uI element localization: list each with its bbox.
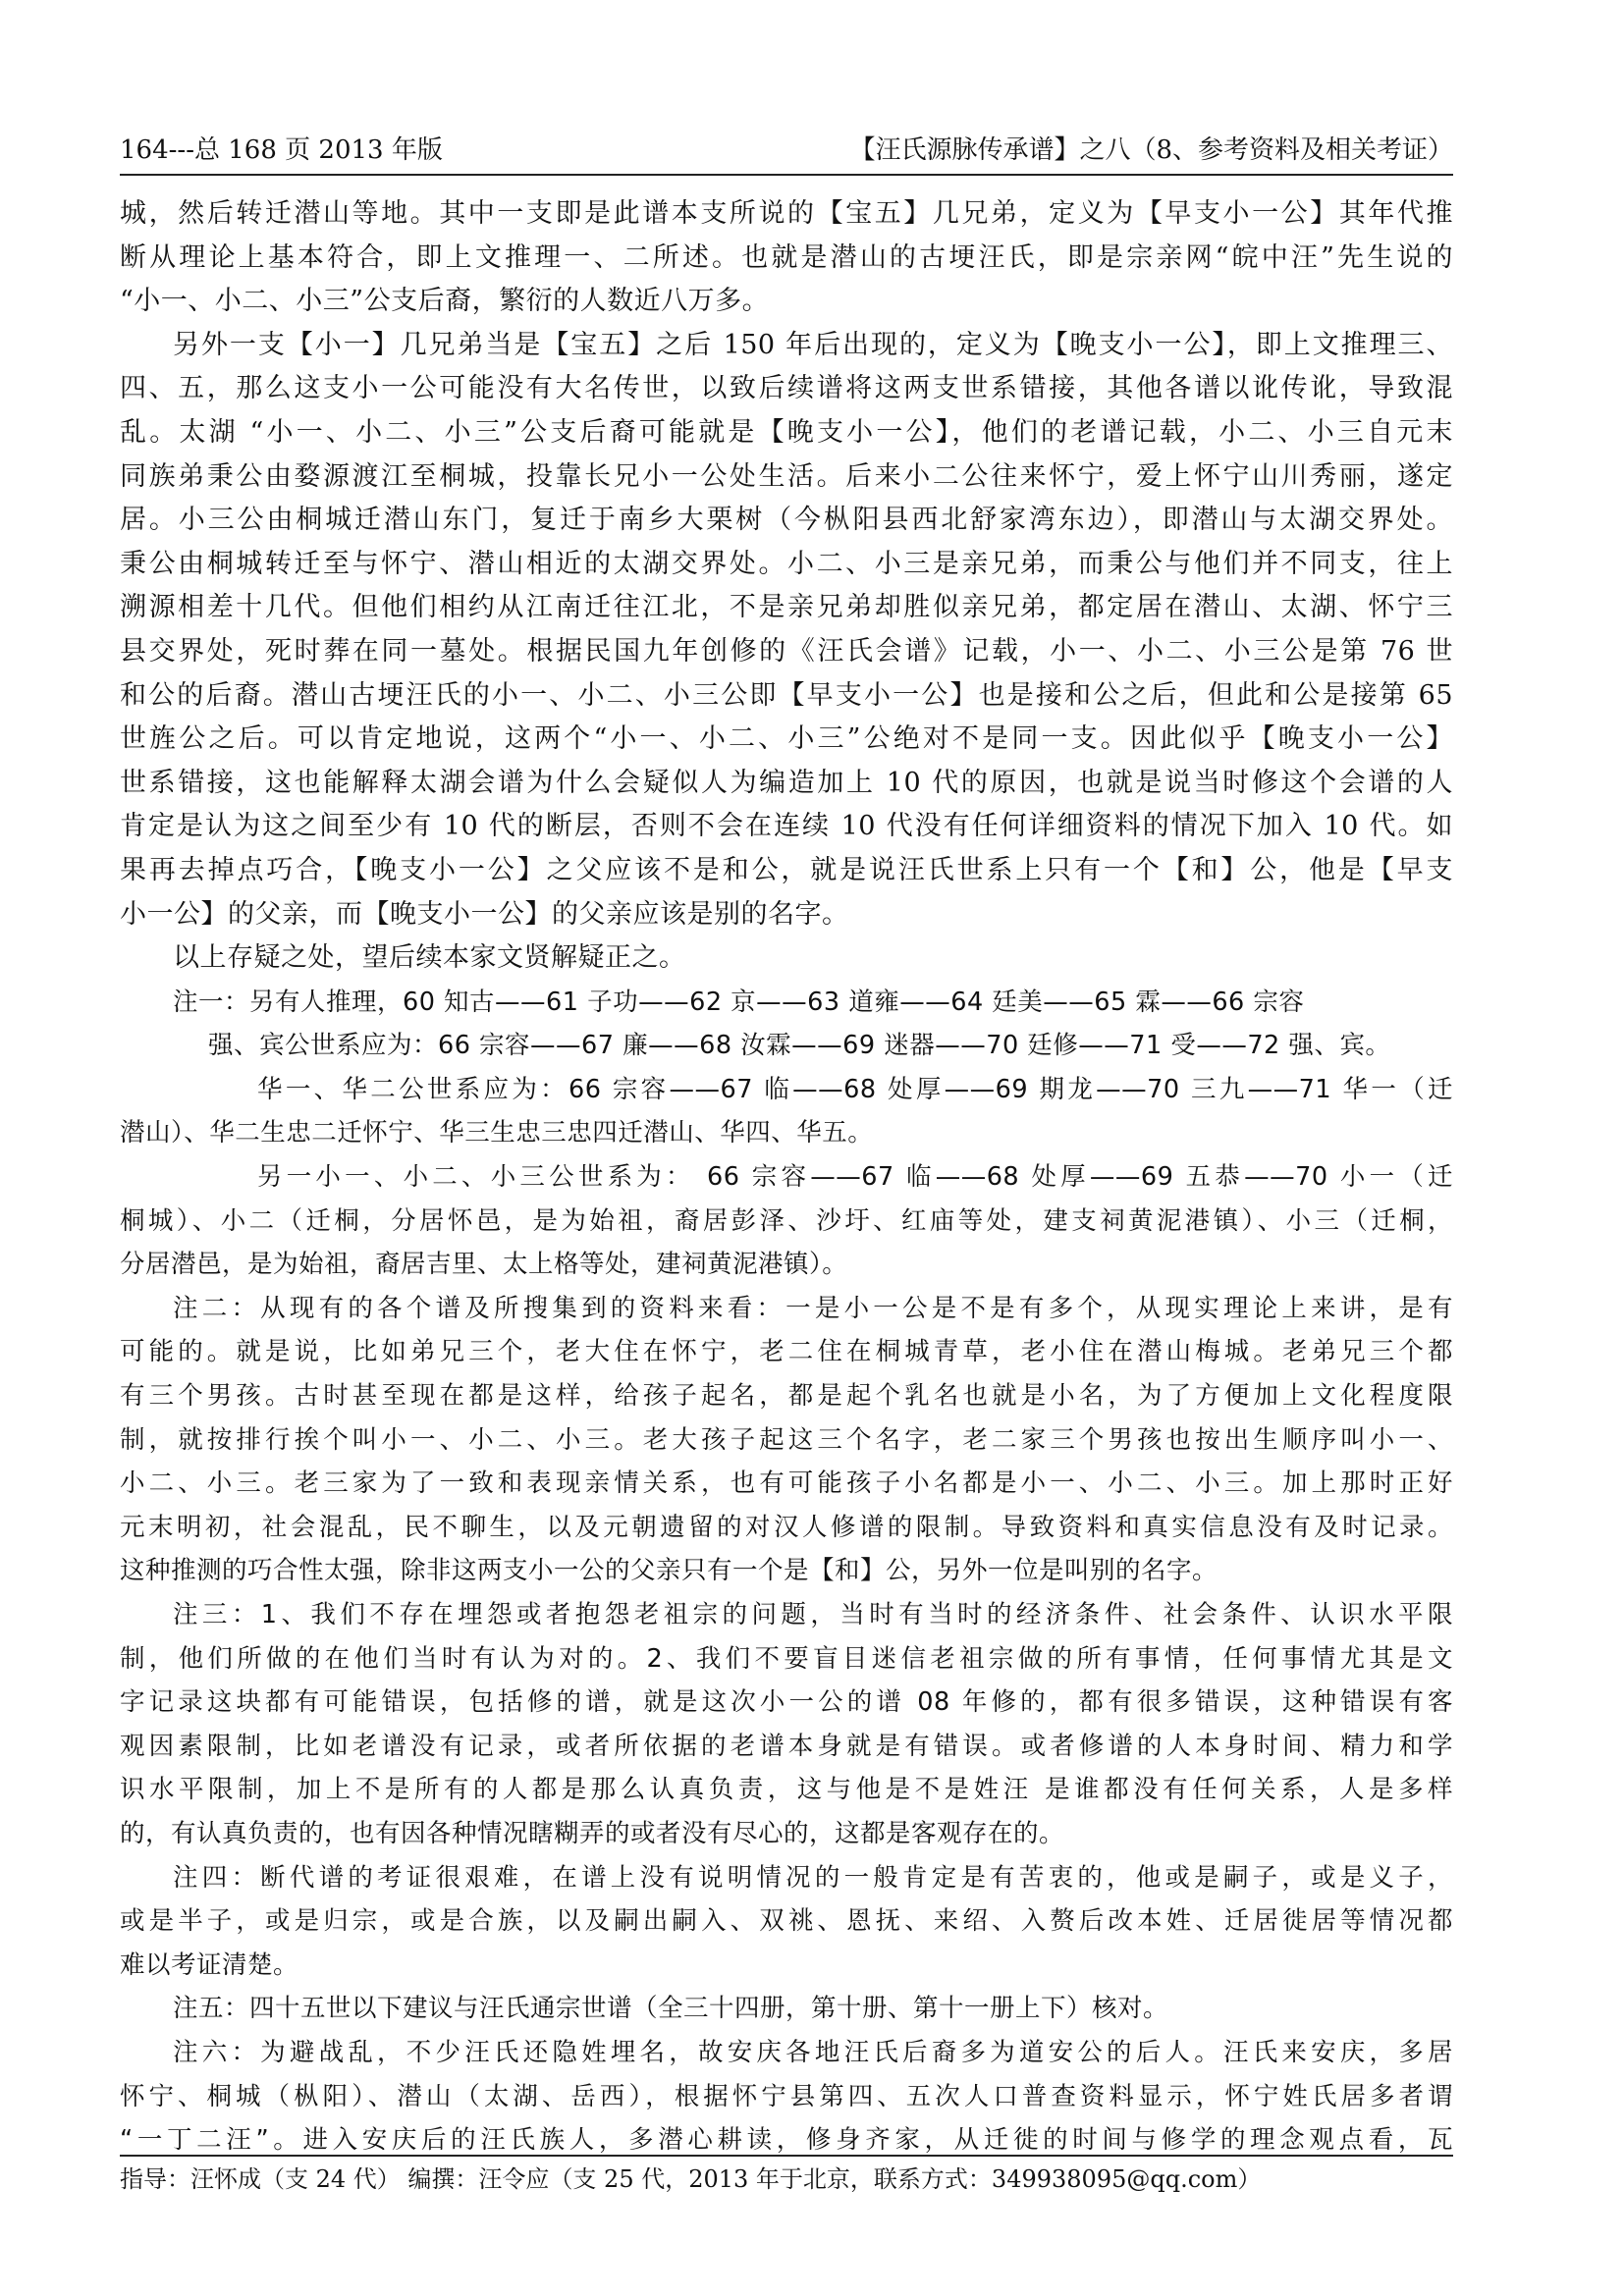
text-line: 居。小三公由桐城迁潜山东门，复迁于南乡大栗树（今枞阳县西北舒家湾东边），即潜山与… xyxy=(120,499,1453,543)
note-line: 制，就按排行挨个叫小一、小二、小三。老大孩子起这三个名字，老二家三个男孩也按出生… xyxy=(120,1418,1453,1463)
page-number-edition: 164---总 168 页 2013 年版 xyxy=(120,131,443,170)
text-line: 肯定是认为这之间至少有 10 代的断层，否则不会在连续 10 代没有任何详细资料… xyxy=(120,805,1453,849)
note-line: 可能的。就是说，比如弟兄三个，老大住在怀宁，老二住在桐城青草，老小住在潜山梅城。… xyxy=(120,1330,1453,1374)
note-line: 识水平限制，加上不是所有的人都是那么认真负责，这与他是不是姓汪 是谁都没有任何关… xyxy=(120,1768,1453,1812)
text-line: 世旌公之后。可以肯定地说，这两个“小一、小二、小三”公绝对不是同一支。因此似乎【… xyxy=(120,718,1453,762)
text-line: 四、五，那么这支小一公可能没有大名传世，以致后续谱将这两支世系错接，其他各谱以讹… xyxy=(120,367,1453,411)
text-line: 同族弟秉公由婺源渡江至桐城，投靠长兄小一公处生活。后来小二公往来怀宁，爱上怀宁山… xyxy=(120,455,1453,500)
note-line: 有三个男孩。古时甚至现在都是这样，给孩子起名，都是起个乳名也就是小名，为了方便加… xyxy=(120,1374,1453,1418)
text-line: 城，然后转迁潜山等地。其中一支即是此谱本支所说的【宝五】几兄弟，定义为【早支小一… xyxy=(120,192,1453,237)
footer-credits: 指导：汪怀成（支 24 代） 编撰：汪令应（支 25 代，2013 年于北京，联… xyxy=(120,2165,1261,2193)
note-line: 华一、华二公世系应为：66 宗容——67 临——68 处厚——69 期龙——70… xyxy=(120,1068,1453,1112)
page-body: 城，然后转迁潜山等地。其中一支即是此谱本支所说的【宝五】几兄弟，定义为【早支小一… xyxy=(120,192,1453,2163)
text-line: 另外一支【小一】几兄弟当是【宝五】之后 150 年后出现的，定义为【晚支小一公】… xyxy=(120,324,1453,368)
note-2: 注二：从现有的各个谱及所搜集到的资料来看：一是小一公是不是有多个，从现实理论上来… xyxy=(120,1287,1453,1593)
text-line: 世系错接，这也能解释太湖会谱为什么会疑似人为编造加上 10 代的原因，也就是说当… xyxy=(120,762,1453,806)
text-line: 乱。太湖 “小一、小二、小三”公支后裔可能就是【晚支小一公】，他们的老谱记载，小… xyxy=(120,411,1453,455)
text-line: 和公的后裔。潜山古埂汪氏的小一、小二、小三公即【早支小一公】也是接和公之后，但此… xyxy=(120,674,1453,719)
note-line: 注五：四十五世以下建议与汪氏通宗世谱（全三十四册，第十册、第十一册上下）核对。 xyxy=(120,1987,1453,2031)
note-line: 制，他们所做的在他们当时有认为对的。2、我们不要盲目迷信老祖宗做的所有事情，任何… xyxy=(120,1637,1453,1682)
page-header: 164---总 168 页 2013 年版 【汪氏源脉传承谱】之八（8、参考资料… xyxy=(120,131,1453,176)
note-line: 另一小一、小二、小三公世系为： 66 宗容——67 临——68 处厚——69 五… xyxy=(120,1155,1453,1200)
note-line: 注一：另有人推理，60 知古——61 子功——62 京——63 道雍——64 廷… xyxy=(120,981,1453,1025)
text-line: 溯源相差十几代。但他们相约从江南迁往江北，不是亲兄弟却胜似亲兄弟，都定居在潜山、… xyxy=(120,586,1453,630)
text-line: 小一公】的父亲，而【晚支小一公】的父亲应该是别的名字。 xyxy=(120,893,1453,937)
note-5: 注五：四十五世以下建议与汪氏通宗世谱（全三十四册，第十册、第十一册上下）核对。 xyxy=(120,1987,1453,2031)
note-line: 的，有认真负责的，也有因各种情况瞎糊弄的或者没有尽心的，这都是客观存在的。 xyxy=(120,1812,1453,1856)
note-line: 小二、小三。老三家为了一致和表现亲情关系，也有可能孩子小名都是小一、小二、小三。… xyxy=(120,1462,1453,1506)
note-line: 强、宾公世系应为：66 宗容——67 廉——68 汝霖——69 迷器——70 廷… xyxy=(120,1024,1453,1068)
text-line: 县交界处，死时葬在同一墓处。根据民国九年创修的《汪氏会谱》记载，小一、小二、小三… xyxy=(120,630,1453,674)
note-line: 桐城）、小二（迁桐，分居怀邑，是为始祖，裔居彭泽、沙圩、红庙等处，建支祠黄泥港镇… xyxy=(120,1200,1453,1244)
note-4: 注四：断代谱的考证很艰难，在谱上没有说明情况的一般肯定是有苦衷的，他或是嗣子，或… xyxy=(120,1856,1453,1988)
note-line: 元末明初，社会混乱，民不聊生，以及元朝遗留的对汉人修谱的限制。导致资料和真实信息… xyxy=(120,1506,1453,1550)
page-footer: 指导：汪怀成（支 24 代） 编撰：汪令应（支 25 代，2013 年于北京，联… xyxy=(120,2155,1453,2198)
note-1: 注一：另有人推理，60 知古——61 子功——62 京——63 道雍——64 廷… xyxy=(120,981,1453,1287)
note-line: 注三：1、我们不存在埋怨或者抱怨老祖宗的问题，当时有当时的经济条件、社会条件、认… xyxy=(120,1593,1453,1637)
document-title: 【汪氏源脉传承谱】之八（8、参考资料及相关考证） xyxy=(849,131,1453,170)
note-line: 这种推测的巧合性太强，除非这两支小一公的父亲只有一个是【和】公，另外一位是叫别的… xyxy=(120,1549,1453,1593)
note-line: 字记录这块都有可能错误，包括修的谱，就是这次小一公的谱 08 年修的，都有很多错… xyxy=(120,1681,1453,1725)
text-line: 秉公由桐城转迁至与怀宁、潜山相近的太湖交界处。小二、小三是亲兄弟，而秉公与他们并… xyxy=(120,543,1453,587)
document-page: 164---总 168 页 2013 年版 【汪氏源脉传承谱】之八（8、参考资料… xyxy=(0,0,1624,2296)
note-line: 注二：从现有的各个谱及所搜集到的资料来看：一是小一公是不是有多个，从现实理论上来… xyxy=(120,1287,1453,1331)
text-line: 断从理论上基本符合，即上文推理一、二所述。也就是潜山的古埂汪氏，即是宗亲网“皖中… xyxy=(120,237,1453,281)
note-line: 怀宁、桐城（枞阳）、潜山（太湖、岳西），根据怀宁县第四、五次人口普查资料显示，怀… xyxy=(120,2075,1453,2119)
note-line: 注六：为避战乱，不少汪氏还隐姓埋名，故安庆各地汪氏后裔多为道安公的后人。汪氏来安… xyxy=(120,2031,1453,2075)
note-6: 注六：为避战乱，不少汪氏还隐姓埋名，故安庆各地汪氏后裔多为道安公的后人。汪氏来安… xyxy=(120,2031,1453,2163)
text-line: “小一、小二、小三”公支后裔，繁衍的人数近八万多。 xyxy=(120,280,1453,324)
note-3: 注三：1、我们不存在埋怨或者抱怨老祖宗的问题，当时有当时的经济条件、社会条件、认… xyxy=(120,1593,1453,1856)
note-line: 分居潜邑，是为始祖，裔居吉里、太上格等处，建祠黄泥港镇）。 xyxy=(120,1243,1453,1287)
note-line: 潜山）、华二生忠二迁怀宁、华三生忠三忠四迁潜山、华四、华五。 xyxy=(120,1111,1453,1155)
text-line: 以上存疑之处，望后续本家文贤解疑正之。 xyxy=(120,936,1453,981)
note-line: 注四：断代谱的考证很艰难，在谱上没有说明情况的一般肯定是有苦衷的，他或是嗣子，或… xyxy=(120,1856,1453,1900)
note-line: 难以考证清楚。 xyxy=(120,1944,1453,1988)
note-line: 或是半子，或是归宗，或是合族，以及嗣出嗣入、双祧、恩抚、来绍、入赘后改本姓、迁居… xyxy=(120,1899,1453,1944)
note-line: 观因素限制，比如老谱没有记录，或者所依据的老谱本身就是有错误。或者修谱的人本身时… xyxy=(120,1725,1453,1769)
text-line: 果再去掉点巧合，【晚支小一公】之父应该不是和公，就是说汪氏世系上只有一个【和】公… xyxy=(120,849,1453,893)
